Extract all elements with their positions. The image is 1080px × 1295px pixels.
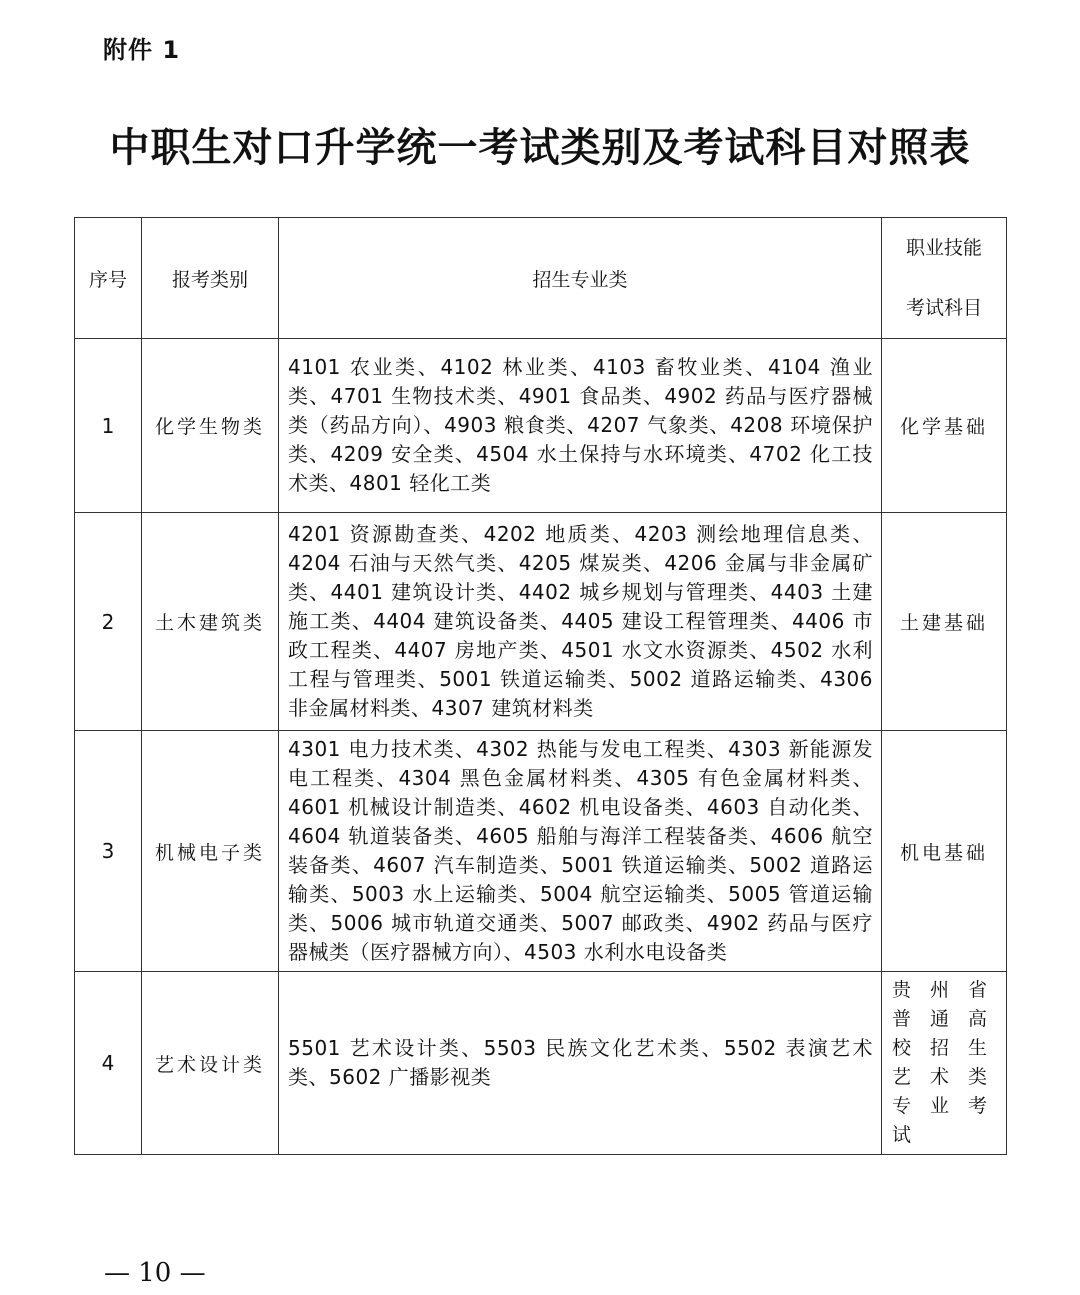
row-seq: 4 — [75, 972, 142, 1155]
header-skill-line1: 职业技能 — [882, 233, 1006, 263]
header-seq: 序号 — [75, 218, 142, 339]
header-skill-line2: 考试科目 — [882, 293, 1006, 323]
page-number: — 10 — — [104, 1258, 206, 1288]
header-category: 报考类别 — [142, 218, 279, 339]
row-majors: 4101 农业类、4102 林业类、4103 畜牧业类、4104 渔业类、470… — [279, 339, 882, 513]
table-row: 2 土木建筑类 4201 资源勘查类、4202 地质类、4203 测绘地理信息类… — [75, 513, 1007, 731]
exam-category-table: 序号 报考类别 招生专业类 职业技能 考试科目 1 化学生物类 4101 农业类… — [74, 217, 1007, 1155]
row-seq: 1 — [75, 339, 142, 513]
table-header-row: 序号 报考类别 招生专业类 职业技能 考试科目 — [75, 218, 1007, 339]
row-majors: 5501 艺术设计类、5503 民族文化艺术类、5502 表演艺术类、5602 … — [279, 972, 882, 1155]
document-title: 中职生对口升学统一考试类别及考试科目对照表 — [0, 116, 1080, 173]
row-majors: 4201 资源勘查类、4202 地质类、4203 测绘地理信息类、4204 石油… — [279, 513, 882, 731]
row-subject: 贵州省普通高校招生艺术类专业考试 — [882, 972, 1007, 1155]
row-subject: 机电基础 — [882, 731, 1007, 972]
attachment-label: 附件 1 — [103, 30, 180, 65]
table-row: 4 艺术设计类 5501 艺术设计类、5503 民族文化艺术类、5502 表演艺… — [75, 972, 1007, 1155]
table-row: 3 机械电子类 4301 电力技术类、4302 热能与发电工程类、4303 新能… — [75, 731, 1007, 972]
header-skill-subject: 职业技能 考试科目 — [882, 218, 1007, 339]
row-category: 艺术设计类 — [142, 972, 279, 1155]
row-seq: 3 — [75, 731, 142, 972]
table-row: 1 化学生物类 4101 农业类、4102 林业类、4103 畜牧业类、4104… — [75, 339, 1007, 513]
row-category: 土木建筑类 — [142, 513, 279, 731]
row-seq: 2 — [75, 513, 142, 731]
header-majors: 招生专业类 — [279, 218, 882, 339]
row-majors: 4301 电力技术类、4302 热能与发电工程类、4303 新能源发电工程类、4… — [279, 731, 882, 972]
row-category: 机械电子类 — [142, 731, 279, 972]
row-subject: 化学基础 — [882, 339, 1007, 513]
row-subject: 土建基础 — [882, 513, 1007, 731]
row-category: 化学生物类 — [142, 339, 279, 513]
